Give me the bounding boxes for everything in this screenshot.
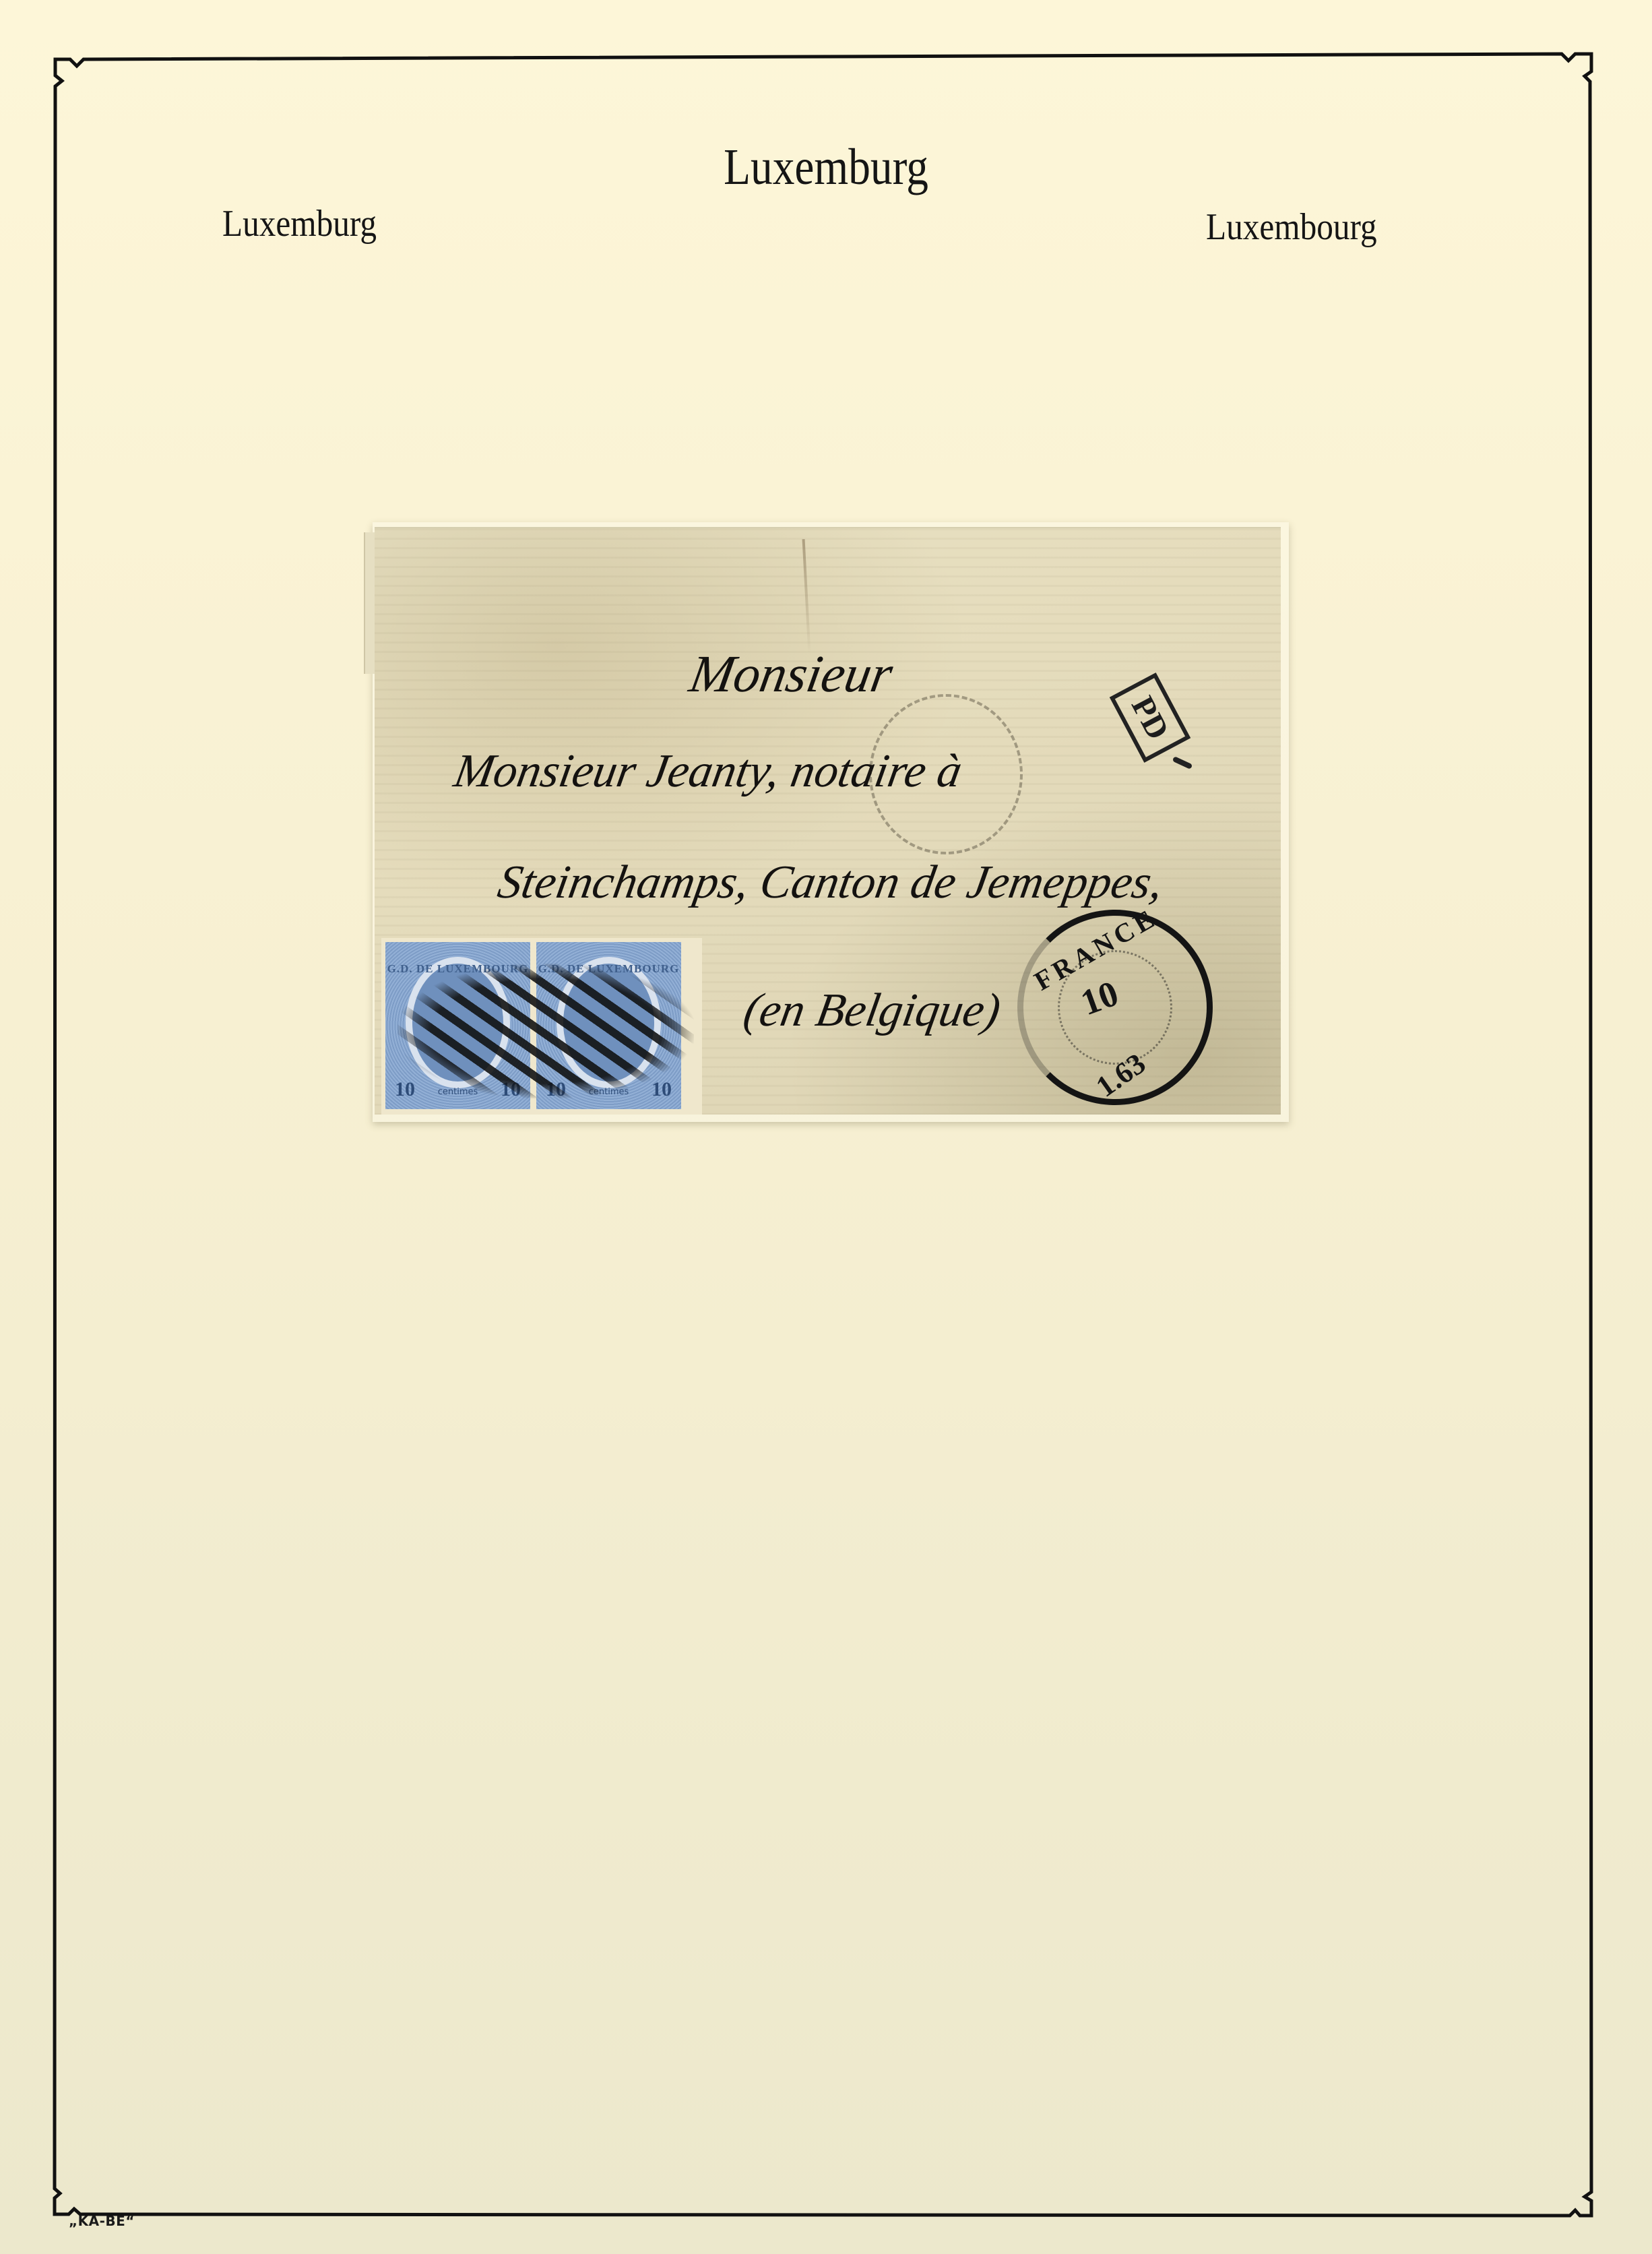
address-line-3: Steinchamps, Canton de Jemeppes, — [494, 856, 1168, 910]
page-subtitle-german: Luxemburg — [222, 202, 377, 245]
address-line-1: Monsieur — [685, 644, 897, 704]
address-line-4: (en Belgique) — [740, 984, 1005, 1038]
publisher-mark: „KA-BE“ — [69, 2213, 135, 2229]
page-title: Luxemburg — [116, 138, 1537, 197]
page-subtitle-french: Luxembourg — [1206, 206, 1377, 249]
bar-cancellation — [398, 964, 694, 1098]
album-page-border — [0, 0, 1652, 2254]
faint-postmark — [869, 694, 1023, 854]
pd-handstamp-text: PD — [1124, 690, 1177, 745]
